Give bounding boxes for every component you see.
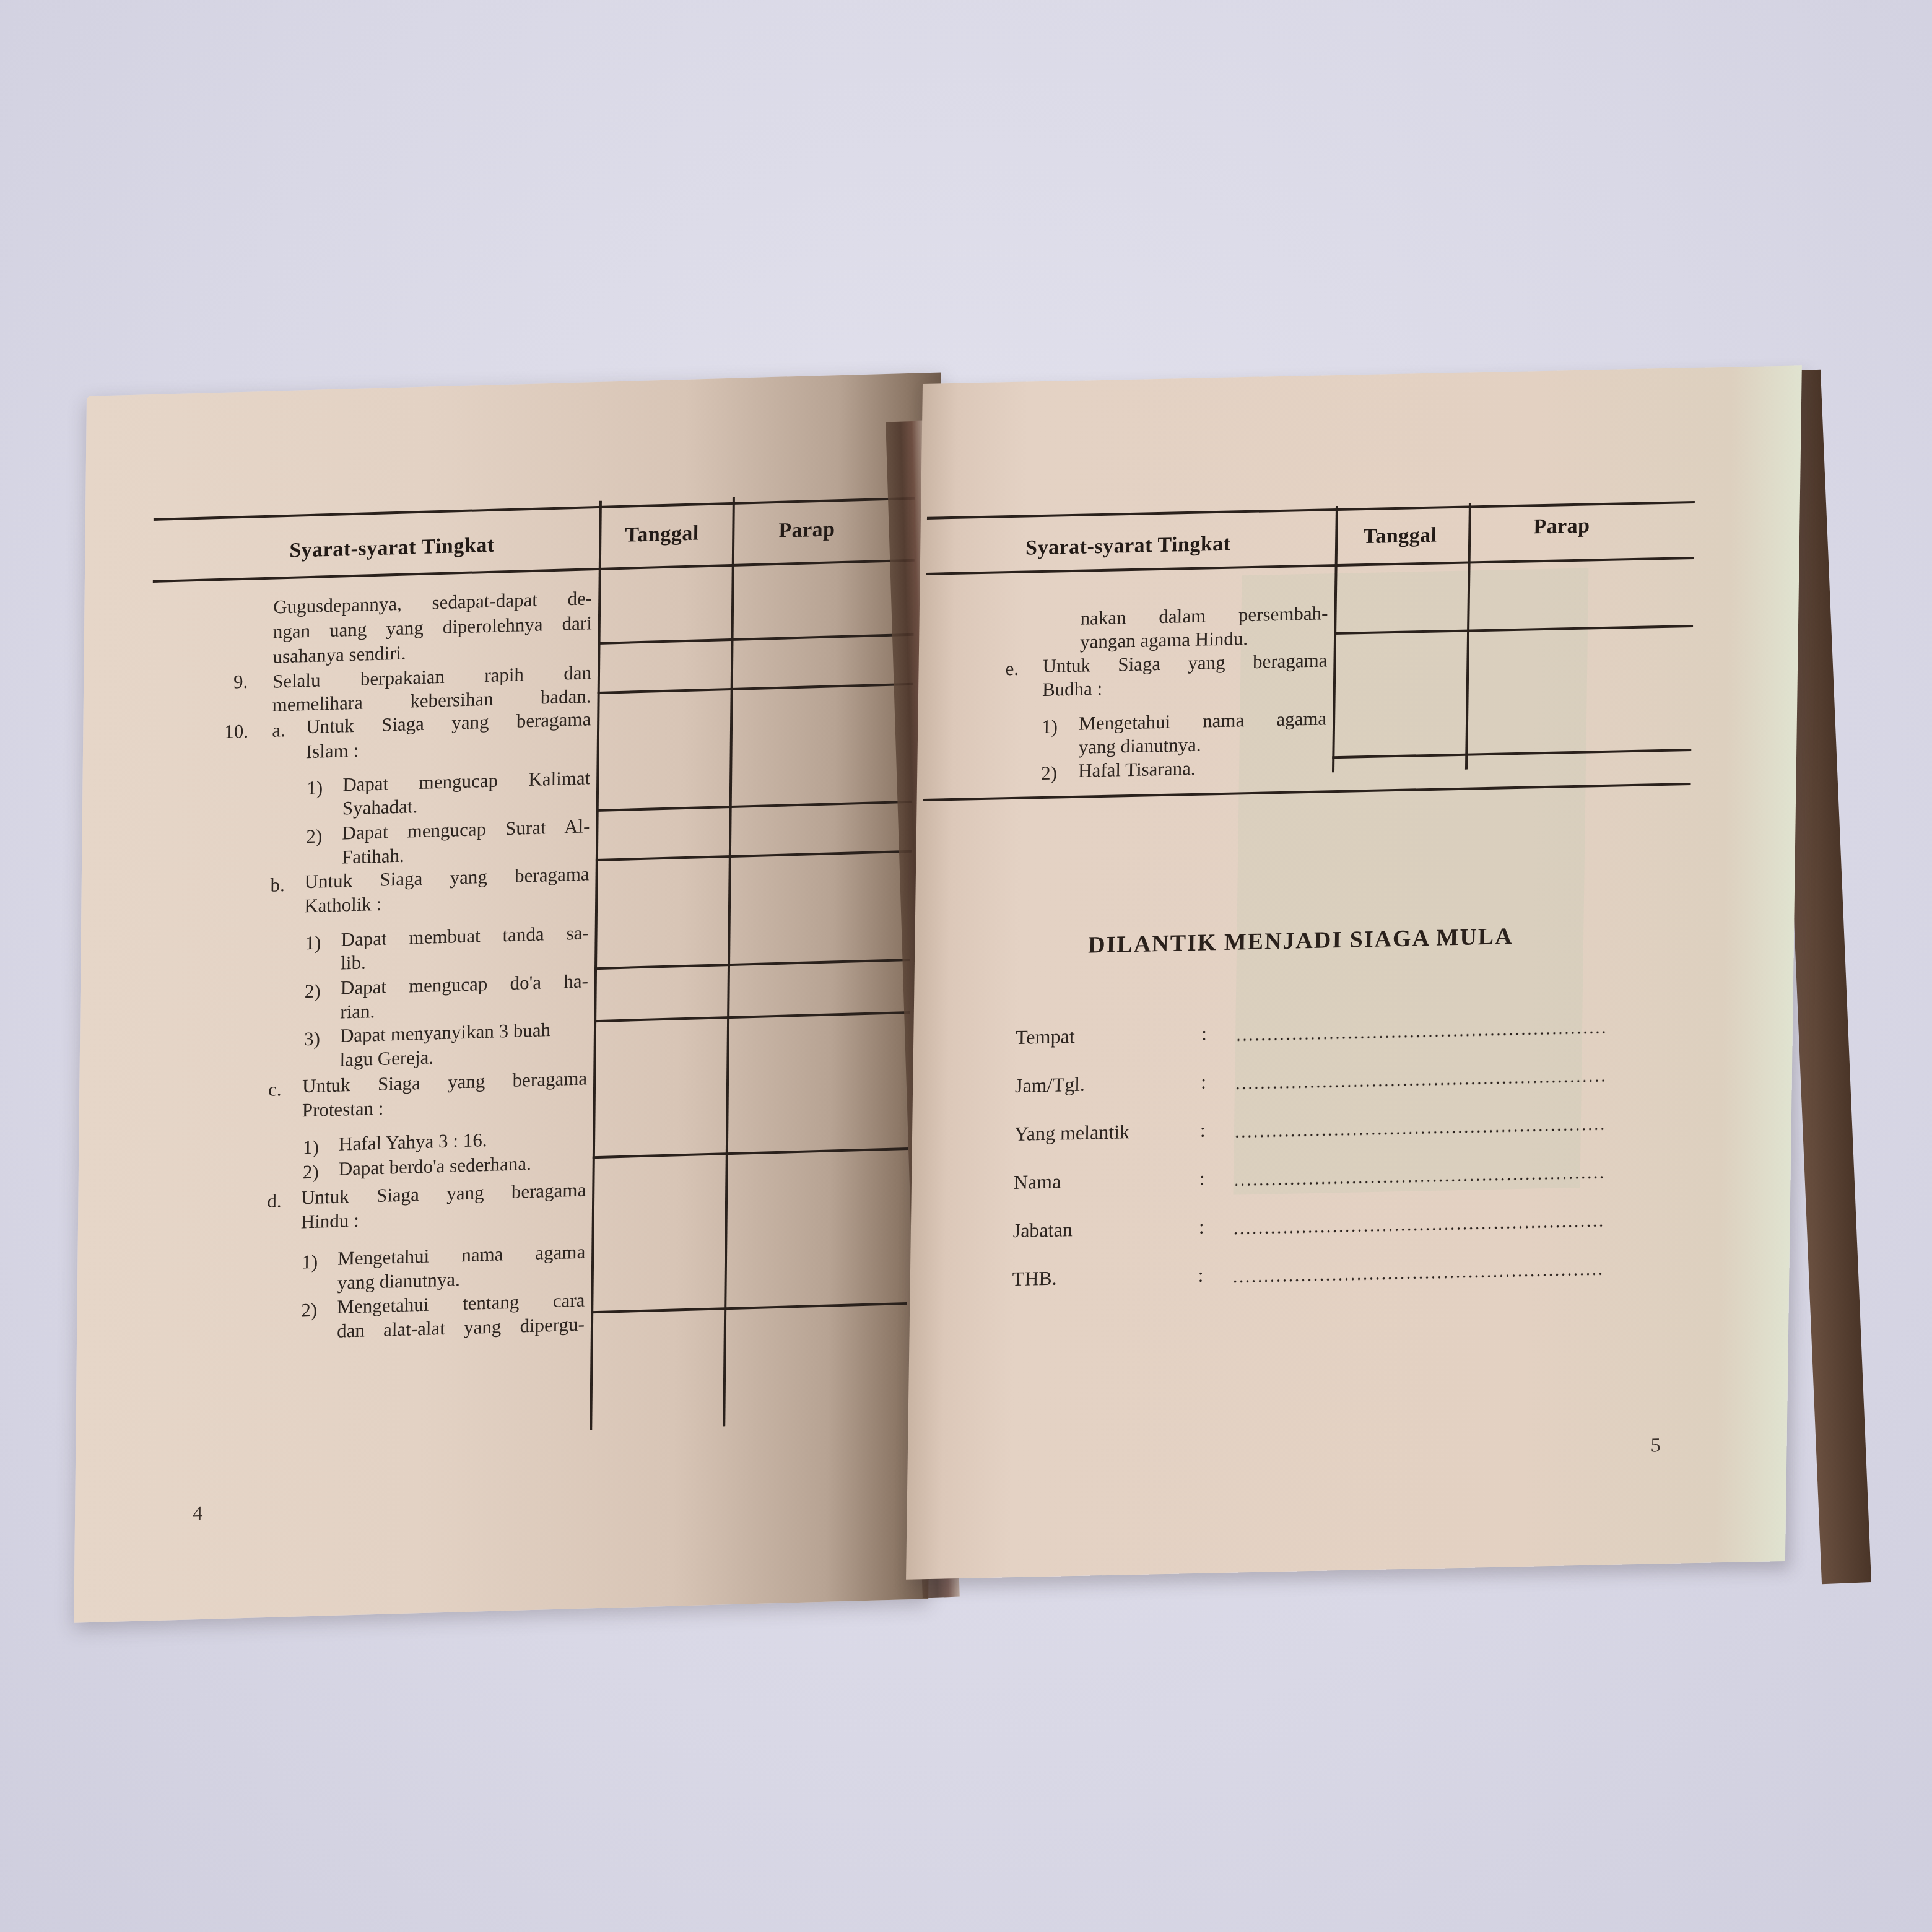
- req-line: Dapat menyanyikan 3 buah: [340, 1017, 588, 1047]
- sub-marker-d: d.: [267, 1190, 282, 1212]
- req-line: Hindu :: [301, 1209, 359, 1234]
- req-line: rian.: [340, 999, 375, 1024]
- req-line: Fatihah.: [342, 844, 404, 869]
- req-line: nakan dalam persembah-: [1080, 601, 1328, 630]
- colon: :: [1201, 1022, 1207, 1045]
- sub-marker-c: c.: [268, 1078, 282, 1101]
- sub-marker-2: 2): [306, 825, 322, 848]
- req-line: yang dianutnya.: [1078, 733, 1201, 759]
- requirements-table-right: Syarat-syarat Tingkat Tanggal Parap naka…: [923, 501, 1695, 839]
- req-item-10d: Untuk Siaga yang beragama: [301, 1178, 586, 1210]
- sub-marker-2: 2): [1041, 762, 1057, 785]
- row-rule: [598, 633, 914, 645]
- req-line: Dapat berdo'a sederhana.: [339, 1152, 532, 1181]
- sub-marker-b: b.: [270, 874, 285, 897]
- colon: :: [1201, 1071, 1206, 1094]
- thb-field[interactable]: [1232, 1273, 1604, 1283]
- form-row-jam-tgl: Jam/Tgl. :: [923, 365, 1802, 384]
- req-line: Syahadat.: [342, 794, 418, 820]
- req-line: lagu Gereja.: [339, 1045, 433, 1071]
- req-line: Hafal Tisarana.: [1078, 757, 1196, 783]
- row-rule: [594, 1011, 910, 1022]
- header-parap: Parap: [778, 518, 835, 543]
- colon: :: [1200, 1119, 1206, 1142]
- form-row-jabatan: Jabatan :: [923, 365, 1802, 384]
- label-jabatan: Jabatan: [1013, 1218, 1073, 1242]
- req-line: Budha :: [1042, 677, 1103, 702]
- header-parap: Parap: [1533, 514, 1590, 539]
- sub-marker-1: 1): [302, 1251, 318, 1274]
- req-line: lib.: [341, 951, 366, 975]
- row-rule: [596, 801, 912, 812]
- sub-marker-3: 3): [304, 1028, 320, 1051]
- row-rule: [1332, 749, 1691, 759]
- form-row-nama: Nama :: [923, 365, 1802, 384]
- row-rule: [596, 850, 912, 861]
- header-tanggal: Tanggal: [625, 521, 699, 547]
- sub-marker-1: 1): [303, 1136, 319, 1159]
- req-line: Dapat membuat tanda sa-: [341, 921, 588, 951]
- sub-marker-e: e.: [1005, 658, 1019, 680]
- colon: :: [1198, 1264, 1203, 1287]
- left-page: Syarat-syarat Tingkat Tanggal Parap Gugu…: [74, 372, 941, 1622]
- req-line: yangan agama Hindu.: [1080, 627, 1248, 654]
- sub-marker-2: 2): [305, 980, 321, 1003]
- req-line: yang dianutnya.: [337, 1268, 460, 1295]
- form-row-thb: THB. :: [923, 365, 1802, 384]
- row-rule: [591, 1302, 907, 1313]
- header-syarat: Syarat-syarat Tingkat: [289, 534, 495, 563]
- label-thb: THB.: [1012, 1267, 1058, 1291]
- table-header-rule: [153, 559, 915, 583]
- sub-marker-1: 1): [1042, 715, 1058, 738]
- label-tempat: Tempat: [1016, 1025, 1075, 1049]
- form-row-yang-melantik: Yang melantik :: [923, 365, 1802, 384]
- label-jam-tgl: Jam/Tgl.: [1015, 1073, 1085, 1097]
- sub-marker-a: a.: [272, 719, 285, 742]
- sub-marker-2: 2): [301, 1299, 317, 1322]
- item-number-9: 9.: [233, 671, 248, 694]
- item-number-10: 10.: [224, 720, 248, 743]
- column-divider-parap: [1465, 503, 1471, 769]
- colon: :: [1199, 1216, 1204, 1238]
- req-line: Dapat mengucap do'a ha-: [341, 969, 588, 999]
- table-top-rule: [154, 497, 915, 521]
- jabatan-field[interactable]: [1233, 1224, 1604, 1235]
- column-divider-tanggal: [1332, 506, 1338, 772]
- page-number-right: 5: [1650, 1434, 1661, 1456]
- row-rule: [593, 1147, 908, 1159]
- colon: :: [1199, 1167, 1205, 1190]
- req-line: Mengetahui nama agama: [337, 1240, 585, 1271]
- label-nama: Nama: [1014, 1170, 1061, 1194]
- label-yang-melantik: Yang melantik: [1014, 1120, 1130, 1146]
- form-row-tempat: Tempat :: [923, 365, 1802, 384]
- req-line: Islam :: [306, 739, 359, 764]
- open-booklet: Syarat-syarat Tingkat Tanggal Parap Gugu…: [0, 0, 1932, 1932]
- req-line: Dapat mengucap Kalimat: [342, 766, 590, 796]
- page-number-left: 4: [193, 1502, 202, 1525]
- req-line: Mengetahui nama agama: [1079, 707, 1326, 735]
- row-rule: [1334, 625, 1693, 635]
- sub-marker-1: 1): [307, 777, 323, 799]
- req-line: Katholik :: [304, 892, 381, 918]
- table-bottom-rule: [923, 783, 1691, 801]
- row-rule: [598, 683, 913, 694]
- requirements-table-left: Syarat-syarat Tingkat Tanggal Parap Gugu…: [144, 497, 915, 1448]
- req-line: Hafal Yahya 3 : 16.: [339, 1128, 487, 1156]
- row-rule: [594, 959, 910, 970]
- sub-marker-2: 2): [303, 1161, 319, 1184]
- header-tanggal: Tanggal: [1363, 524, 1437, 549]
- right-page: Syarat-syarat Tingkat Tanggal Parap naka…: [906, 365, 1802, 1580]
- header-syarat: Syarat-syarat Tingkat: [1025, 533, 1231, 560]
- req-line: Protestan :: [302, 1097, 384, 1123]
- column-divider-parap: [723, 497, 735, 1427]
- sub-marker-1: 1): [305, 931, 321, 954]
